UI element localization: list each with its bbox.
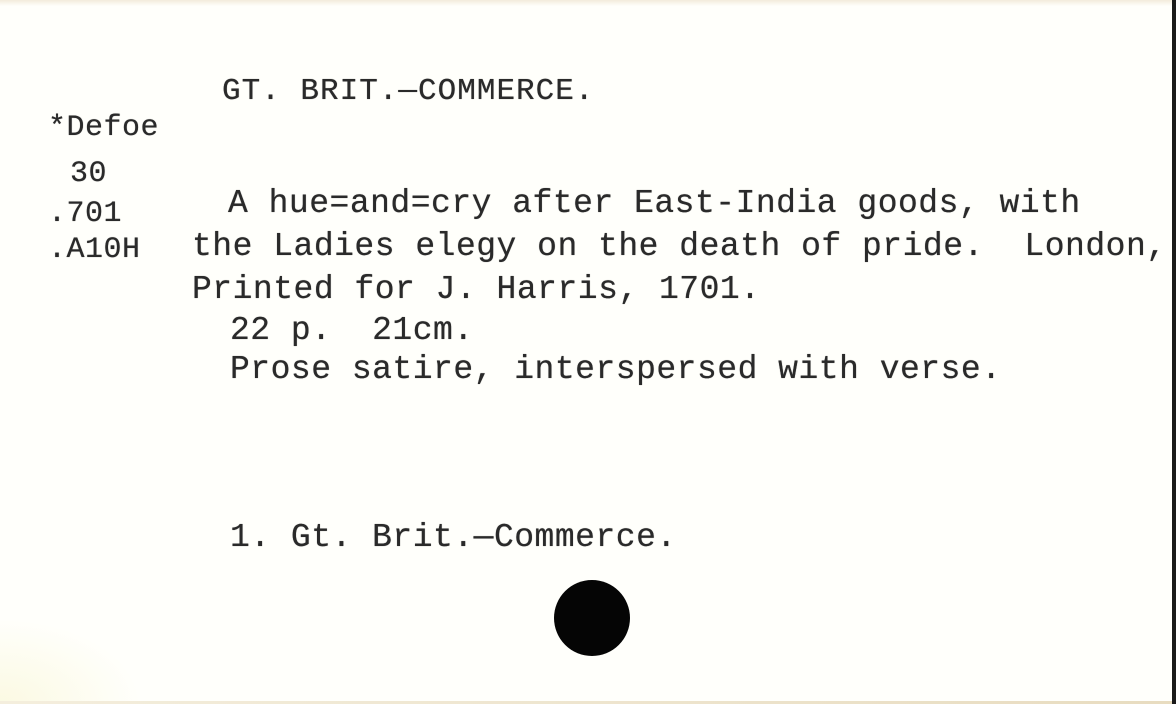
card-right-edge bbox=[1172, 0, 1176, 704]
punch-hole bbox=[554, 580, 630, 656]
imprint-line: Printed for J. Harris, 1701. bbox=[192, 270, 761, 310]
call-number-line-4: .A10H bbox=[48, 230, 141, 270]
title-line-2: the Ladies elegy on the death of pride. … bbox=[192, 227, 1167, 267]
call-number-line-2: 30 bbox=[70, 154, 107, 194]
call-number-line-3: .701 bbox=[48, 194, 122, 234]
catalog-card: GT. BRIT.—COMMERCE. *Defoe 30 .701 .A10H… bbox=[0, 0, 1172, 704]
subject-heading: GT. BRIT.—COMMERCE. bbox=[222, 72, 594, 112]
call-number-author: *Defoe bbox=[48, 108, 159, 148]
subject-tracing: 1. Gt. Brit.—Commerce. bbox=[230, 518, 677, 558]
title-line-1: A hue=and=cry after East-India goods, wi… bbox=[228, 184, 1081, 224]
collation-line: 22 p. 21cm. bbox=[230, 311, 474, 351]
note-line: Prose satire, interspersed with verse. bbox=[230, 350, 1002, 390]
